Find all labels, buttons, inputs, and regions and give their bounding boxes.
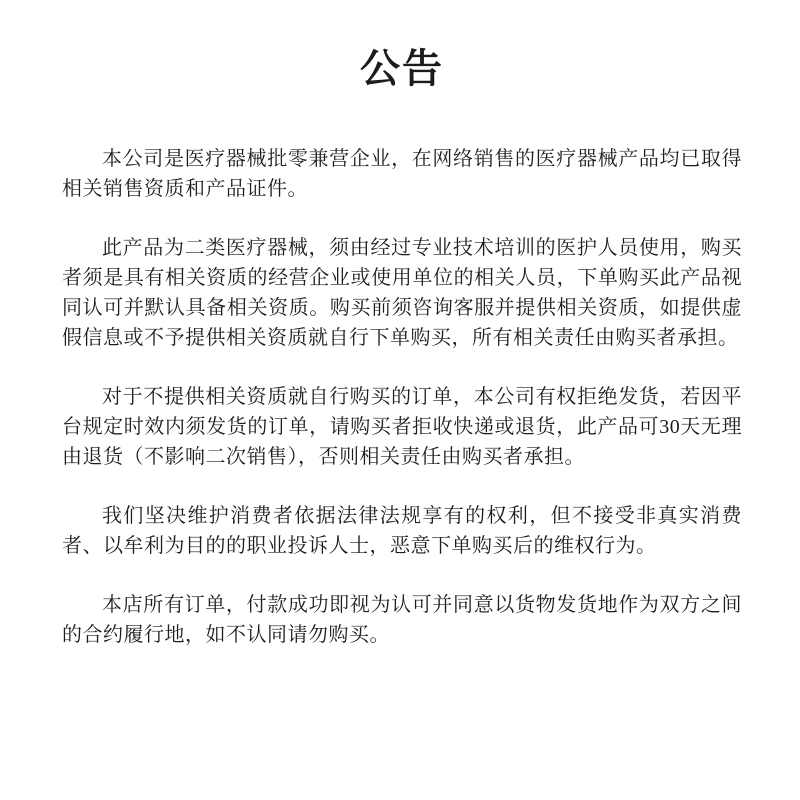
notice-body: 本公司是医疗器械批零兼营企业，在网络销售的医疗器械产品均已取得相关销售资质和产品… bbox=[62, 144, 742, 650]
notice-paragraph-refusal-and-returns: 对于不提供相关资质就自行购买的订单，本公司有权拒绝发货，若因平台规定时效内须发货… bbox=[62, 382, 742, 472]
notice-paragraph-consumer-rights: 我们坚决维护消费者依据法律法规享有的权利，但不接受非真实消费者、以牟利为目的的职… bbox=[62, 501, 742, 561]
notice-paragraph-contract-place: 本店所有订单，付款成功即视为认可并同意以货物发货地作为双方之间的合约履行地，如不… bbox=[62, 590, 742, 650]
notice-title: 公告 bbox=[62, 48, 742, 90]
notice-paragraph-company-qualification: 本公司是医疗器械批零兼营企业，在网络销售的医疗器械产品均已取得相关销售资质和产品… bbox=[62, 144, 742, 204]
notice-page: 公告 本公司是医疗器械批零兼营企业，在网络销售的医疗器械产品均已取得相关销售资质… bbox=[0, 0, 800, 800]
notice-paragraph-class2-device-requirements: 此产品为二类医疗器械，须由经过专业技术培训的医护人员使用，购买者须是具有相关资质… bbox=[62, 233, 742, 353]
